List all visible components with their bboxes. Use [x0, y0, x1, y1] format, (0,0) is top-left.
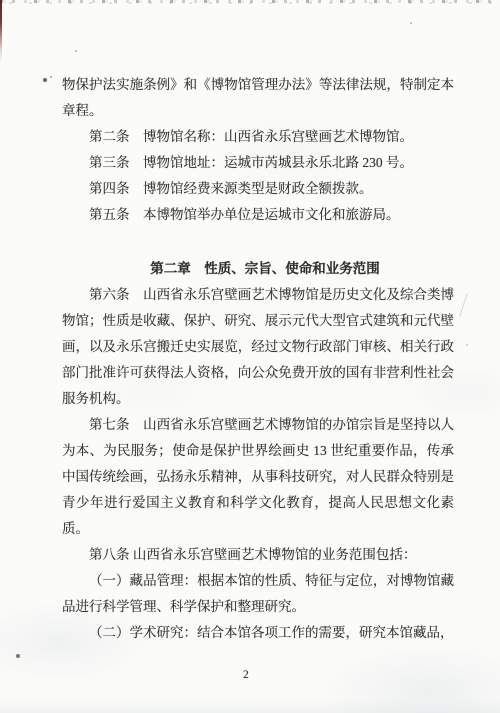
article-6-nature: 第六条 山西省永乐宫壁画艺术博物馆是历史文化及综合类博物馆；性质是收藏、保护、研…	[62, 282, 454, 412]
article-4-funding-type: 第四条 博物馆经费来源类型是财政全额拨款。	[62, 176, 454, 202]
scanned-document-page: 物保护法实施条例》和《博物馆管理办法》等法律法规，特制定本章程。 第二条 博物馆…	[0, 0, 500, 713]
scan-scratch-mark	[459, 293, 467, 316]
scan-specks	[0, 0, 2, 2]
article-2-museum-name: 第二条 博物馆名称：山西省永乐宫壁画艺术博物馆。	[62, 124, 454, 150]
article-8-business-scope: 第八条 山西省永乐宫壁画艺术博物馆的业务范围包括：	[62, 542, 454, 568]
scan-artifact-red-edge-line	[0, 0, 2, 62]
scan-noise-top-edge-secondary	[0, 2, 500, 4]
chapter-2-heading: 第二章 性质、宗旨、使命和业务范围	[62, 256, 454, 282]
article-3-museum-address: 第三条 博物馆地址：运城市芮城县永乐北路 230 号。	[62, 150, 454, 176]
article-5-organizer: 第五条 本博物馆举办单位是运城市文化和旅游局。	[62, 202, 454, 228]
article-7-mission: 第七条 山西省永乐宫壁画艺术博物馆的办馆宗旨是坚持以人为本、为民服务；使命是保护…	[62, 412, 454, 542]
page-number: 2	[243, 669, 249, 681]
paragraph-continuation: 物保护法实施条例》和《博物馆管理办法》等法律法规，特制定本章程。	[62, 72, 454, 124]
document-body: 物保护法实施条例》和《博物馆管理办法》等法律法规，特制定本章程。 第二条 博物馆…	[62, 72, 454, 646]
scope-item-1-collection-management: （一）藏品管理：根据本馆的性质、特征与定位，对博物馆藏品进行科学管理、科学保护和…	[62, 568, 454, 620]
scope-item-2-academic-research: （二）学术研究：结合本馆各项工作的需要，研究本馆藏品，	[62, 620, 454, 646]
